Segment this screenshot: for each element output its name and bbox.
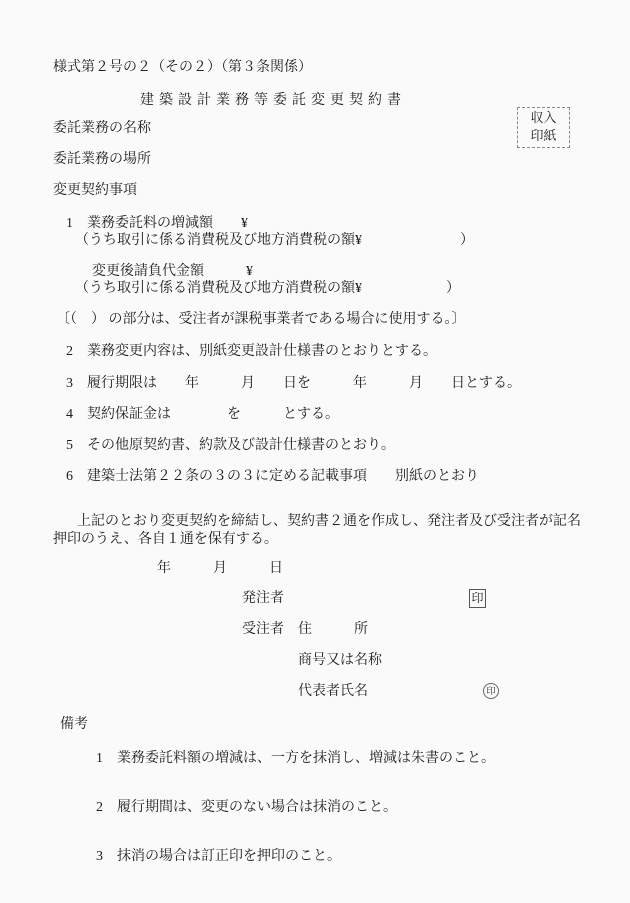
item5-other-original-contract: 5 その他原契約書、約款及び設計仕様書のとおり。 bbox=[66, 438, 395, 455]
business-location-label: 委託業務の場所 bbox=[53, 152, 151, 169]
date-line: 年 月 日 bbox=[157, 561, 283, 578]
remarks-list: 1 業務委託料額の増減は、一方を抹消し、増減は朱書のこと。 2 履行期間は、変更… bbox=[96, 717, 495, 898]
document-title: 建築設計業務等委託変更契約書 bbox=[140, 93, 406, 110]
item1-consumption-tax-note2: （うち取引に係る消費税及び地方消費税の額¥ ） bbox=[75, 281, 460, 298]
item2-work-change-content: 2 業務変更内容は、別紙変更設計仕様書のとおりとする。 bbox=[66, 344, 437, 361]
trade-name-label: 商号又は名称 bbox=[298, 653, 382, 670]
remark-item-3: 3 抹消の場合は訂正印を押印のこと。 bbox=[96, 849, 495, 865]
revenue-stamp-line2: 印紙 bbox=[518, 127, 569, 145]
revenue-stamp-box: 収入 印紙 bbox=[517, 107, 570, 148]
revenue-stamp-line1: 収入 bbox=[518, 109, 569, 127]
item1-fee-change-amount: 1 業務委託料の増減額 ¥ bbox=[66, 216, 248, 233]
orderer-label: 発注者 bbox=[242, 591, 284, 608]
taxable-business-bracket-note: 〔（ ） の部分は、受注者が課税事業者である場合に使用する。〕 bbox=[56, 312, 466, 329]
orderer-seal-mark: 印 bbox=[469, 589, 486, 608]
remarks-label: 備考 bbox=[60, 717, 88, 734]
representative-name-label: 代表者氏名 bbox=[298, 684, 368, 701]
remark-item-2: 2 履行期間は、変更のない場合は抹消のこと。 bbox=[96, 800, 495, 816]
form-number: 様式第２号の２（その２）（第３条関係） bbox=[53, 60, 312, 77]
item1-consumption-tax-note: （うち取引に係る消費税及び地方消費税の額¥ ） bbox=[75, 233, 474, 250]
item4-contract-deposit: 4 契約保証金は を とする。 bbox=[66, 407, 339, 424]
representative-seal-mark: 印 bbox=[483, 683, 499, 699]
item6-architect-law-items: 6 建築士法第２２条の３の３に定める記載事項 別紙のとおり bbox=[66, 469, 479, 486]
business-name-label: 委託業務の名称 bbox=[53, 121, 151, 138]
closing-paragraph: 上記のとおり変更契約を締結し、契約書２通を作成し、発注者及び受注者が記名押印のう… bbox=[53, 513, 585, 548]
remark-item-1: 1 業務委託料額の増減は、一方を抹消し、増減は朱書のこと。 bbox=[96, 751, 495, 767]
item3-performance-deadline: 3 履行期限は 年 月 日を 年 月 日とする。 bbox=[66, 376, 521, 393]
contractor-address-label: 受注者 住 所 bbox=[242, 622, 368, 639]
contract-form-page: 様式第２号の２（その２）（第３条関係） 建築設計業務等委託変更契約書 収入 印紙… bbox=[0, 0, 630, 903]
item1-new-contract-amount: 変更後請負代金額 ¥ bbox=[92, 264, 253, 281]
change-items-label: 変更契約事項 bbox=[53, 183, 137, 200]
